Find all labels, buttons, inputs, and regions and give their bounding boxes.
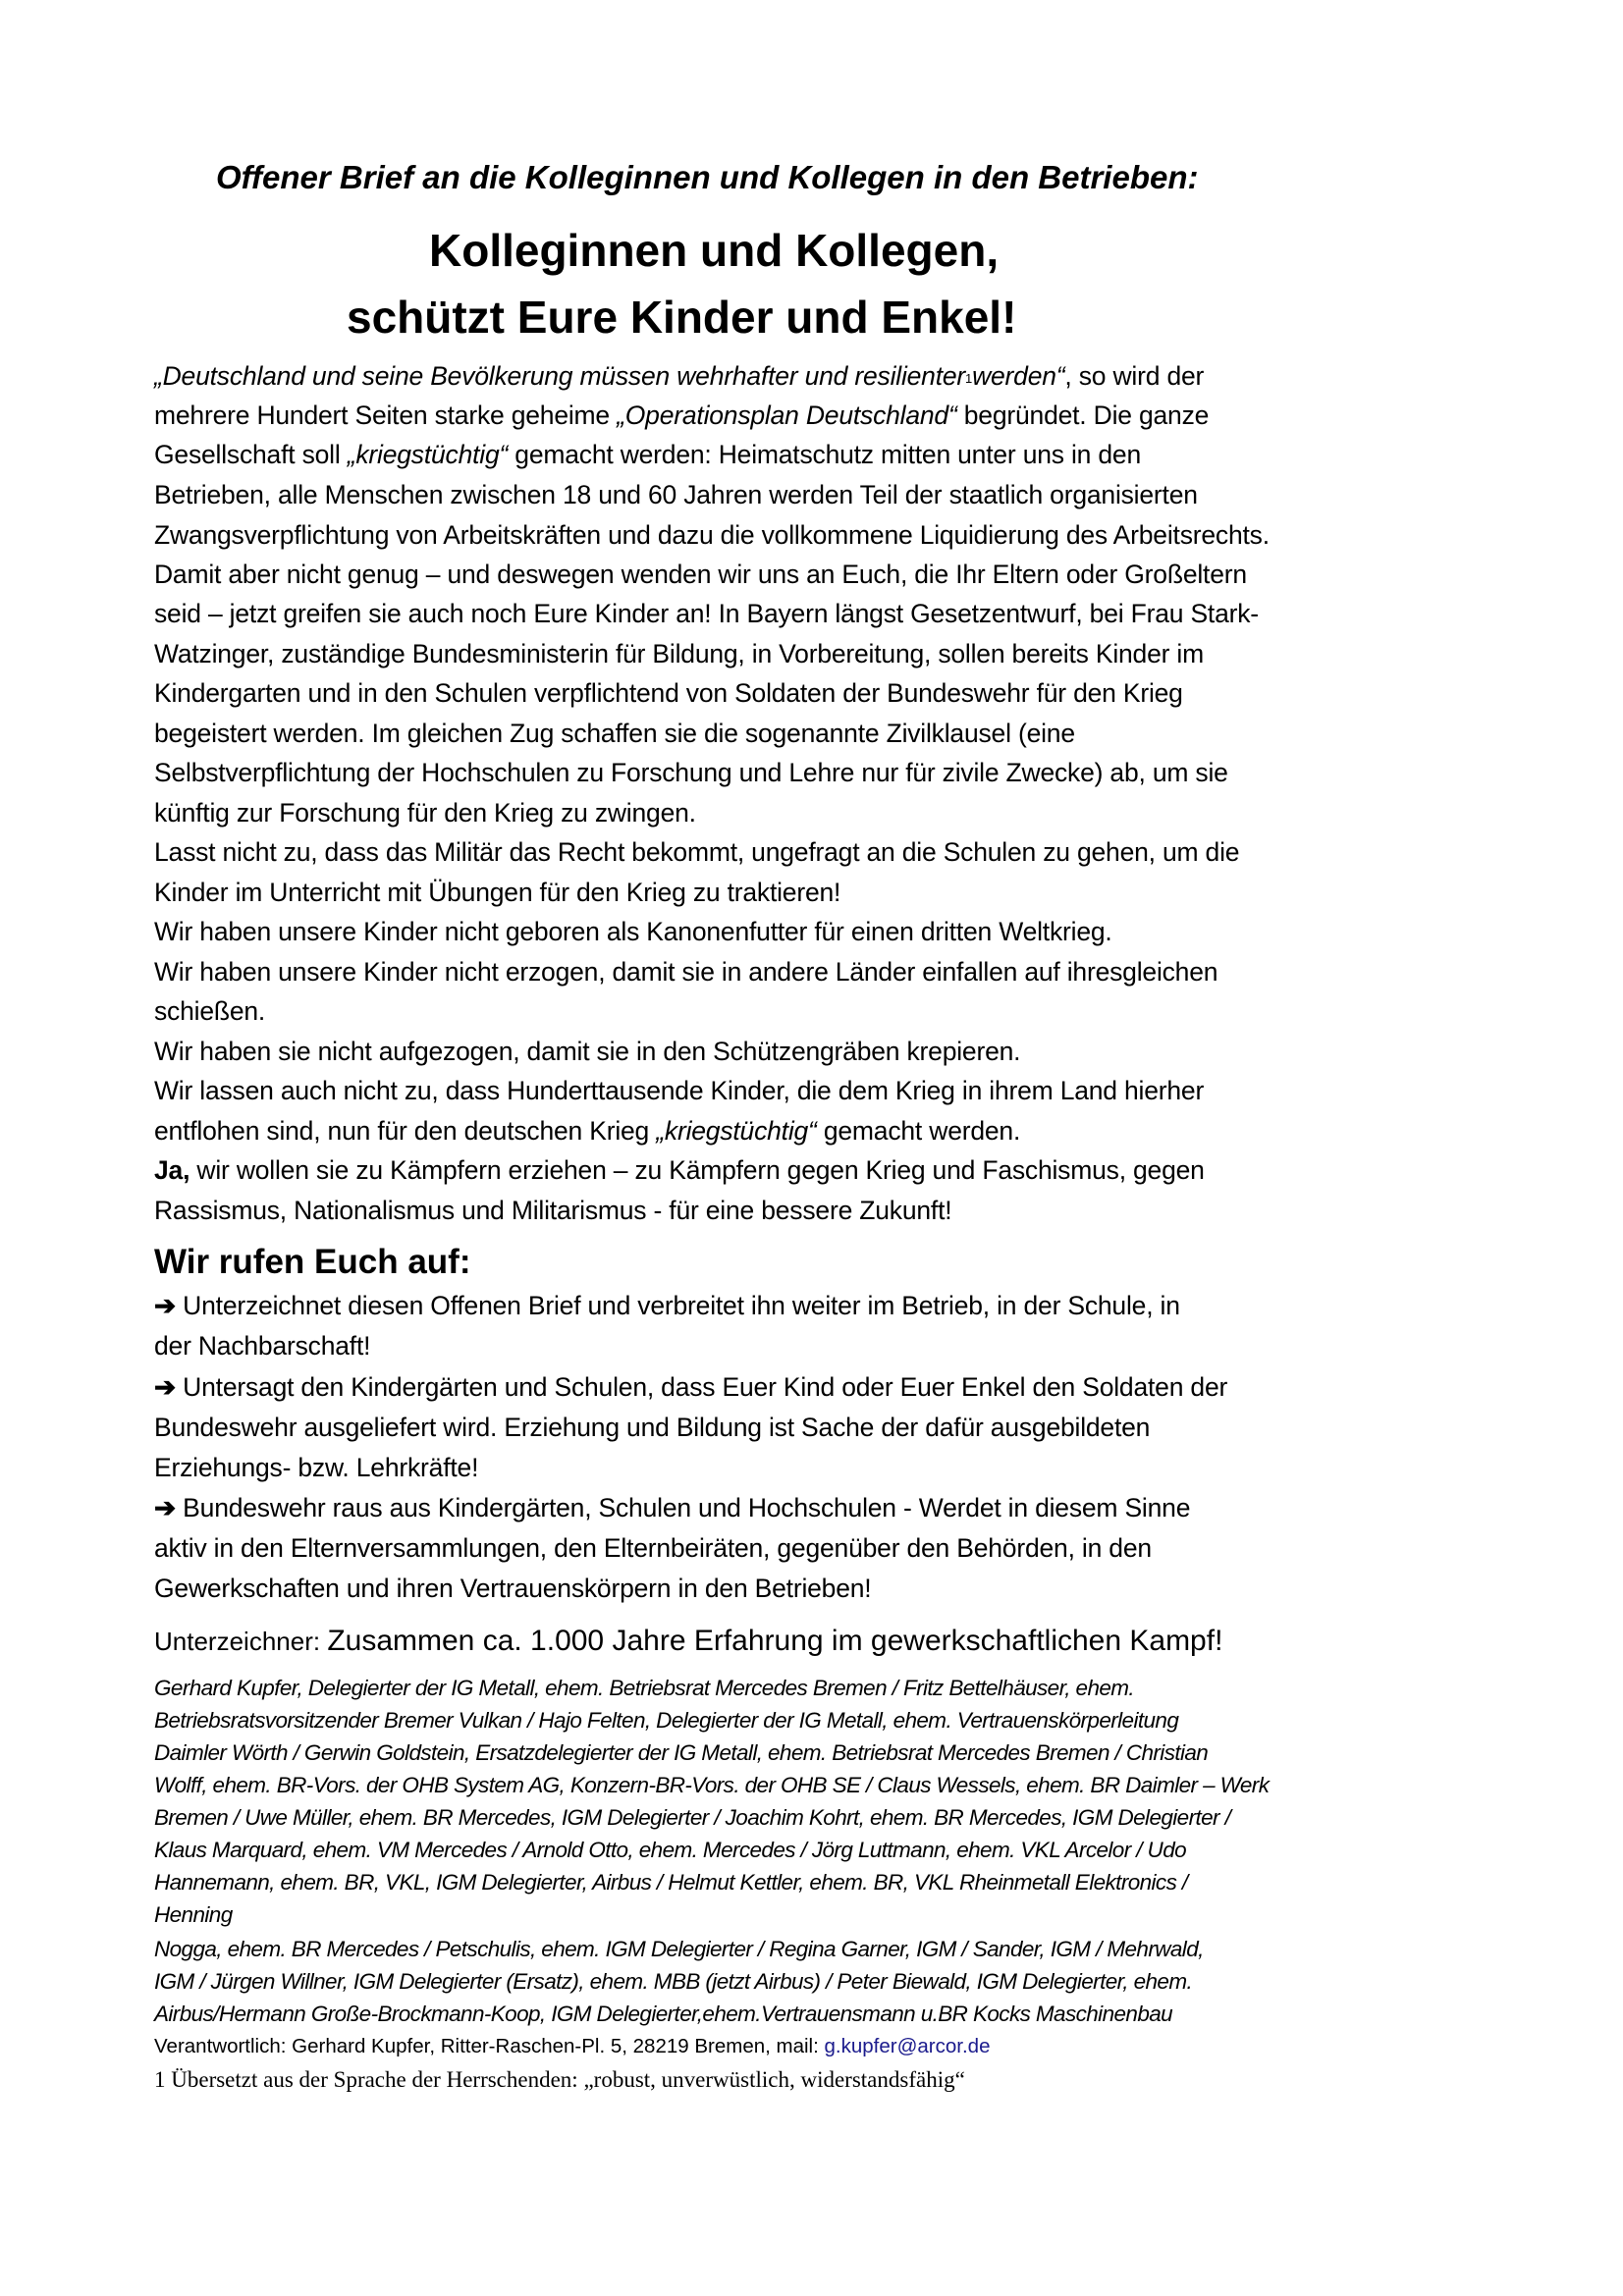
responsible-text: Verantwortlich: Gerhard Kupfer, Ritter-R… [154, 2035, 825, 2057]
quote-text: „Operationsplan Deutschland“ [617, 400, 956, 430]
demand-item: ➔ Bundeswehr raus aus Kindergärten, Schu… [154, 1492, 1190, 1523]
signatory-line: IGM / Jürgen Willner, IGM Delegierter (E… [154, 1969, 1192, 1995]
demand-line: Bundeswehr ausgeliefert wird. Erziehung … [154, 1412, 1150, 1443]
signatory-line: Klaus Marquard, ehem. VM Mercedes / Arno… [154, 1838, 1186, 1863]
body-line: Wir haben sie nicht aufgezogen, damit si… [154, 1036, 1020, 1067]
body-line: Zwangsverpflichtung von Arbeitskräften u… [154, 519, 1270, 551]
demand-item: ➔ Untersagt den Kindergärten und Schulen… [154, 1371, 1227, 1403]
body-line: Lasst nicht zu, dass das Militär das Rec… [154, 836, 1239, 868]
quote-text: „Deutschland und seine Bevölkerung müsse… [154, 361, 965, 391]
body-line: Watzinger, zuständige Bundesministerin f… [154, 638, 1204, 669]
quote-text: „kriegstüchtig“ [348, 440, 508, 469]
text: Gesellschaft soll [154, 440, 348, 469]
signatory-line: Betriebsratsvorsitzender Bremer Vulkan /… [154, 1708, 1178, 1734]
demand-line: Gewerkschaften und ihren Vertrauenskörpe… [154, 1573, 871, 1604]
footnote: 1 Übersetzt aus der Sprache der Herrsche… [154, 2067, 965, 2093]
email-link[interactable]: g.kupfer@arcor.de [825, 2035, 991, 2057]
text: begründet. Die ganze [957, 400, 1210, 430]
signatory-line: Gerhard Kupfer, Delegierter der IG Metal… [154, 1676, 1134, 1701]
arrow-right-icon: ➔ [154, 1291, 176, 1320]
body-line: Gesellschaft soll „kriegstüchtig“ gemach… [154, 439, 1141, 470]
text: Bundeswehr raus aus Kindergärten, Schule… [176, 1493, 1190, 1522]
signatory-line: Hannemann, ehem. BR, VKL, IGM Delegierte… [154, 1870, 1188, 1896]
body-line: Wir lassen auch nicht zu, dass Hundertta… [154, 1075, 1204, 1106]
body-line: begeistert werden. Im gleichen Zug schaf… [154, 718, 1075, 749]
signatories-tagline: Zusammen ca. 1.000 Jahre Erfahrung im ge… [327, 1625, 1222, 1657]
body-line: Rassismus, Nationalismus und Militarismu… [154, 1195, 951, 1226]
body-line: künftig zur Forschung für den Krieg zu z… [154, 797, 696, 828]
signatories-heading: Unterzeichner: Zusammen ca. 1.000 Jahre … [154, 1625, 1222, 1658]
body-line: Kinder im Unterricht mit Übungen für den… [154, 877, 840, 908]
footnote-ref: 1 [965, 371, 972, 386]
body-line: Wir haben unsere Kinder nicht geboren al… [154, 916, 1112, 947]
text: , so wird der [1064, 361, 1204, 391]
text: mehrere Hundert Seiten starke geheime [154, 400, 617, 430]
text: Unterzeichnet diesen Offenen Brief und v… [176, 1291, 1180, 1320]
demand-line: der Nachbarschaft! [154, 1330, 370, 1362]
text: Untersagt den Kindergärten und Schulen, … [176, 1372, 1227, 1402]
demand-line: aktiv in den Elternversammlungen, den El… [154, 1532, 1152, 1564]
text: gemacht werden. [817, 1116, 1020, 1146]
body-line: seid – jetzt greifen sie auch noch Eure … [154, 598, 1259, 629]
body-line: Damit aber nicht genug – und deswegen we… [154, 559, 1247, 590]
arrow-right-icon: ➔ [154, 1372, 176, 1402]
quote-text: werden“ [972, 361, 1064, 391]
responsible-line: Verantwortlich: Gerhard Kupfer, Ritter-R… [154, 2035, 990, 2058]
signatory-line: Wolff, ehem. BR-Vors. der OHB System AG,… [154, 1773, 1269, 1798]
body-line: schießen. [154, 995, 265, 1027]
body-line: Wir haben unsere Kinder nicht erzogen, d… [154, 956, 1217, 988]
signatory-line: Bremen / Uwe Müller, ehem. BR Mercedes, … [154, 1805, 1230, 1831]
signatories-label: Unterzeichner: [154, 1627, 327, 1656]
signatory-line: Airbus/Hermann Große-Brockmann-Koop, IGM… [154, 2002, 1172, 2027]
call-heading: Wir rufen Euch auf: [154, 1243, 470, 1282]
body-line: Ja, wir wollen sie zu Kämpfern erziehen … [154, 1154, 1205, 1186]
body-line: mehrere Hundert Seiten starke geheime „O… [154, 400, 1209, 431]
headline-line-2: schützt Eure Kinder und Enkel! [347, 291, 1016, 344]
headline-line-1: Kolleginnen und Kollegen, [429, 224, 999, 277]
demand-item: ➔ Unterzeichnet diesen Offenen Brief und… [154, 1290, 1180, 1321]
text: gemacht werden: Heimatschutz mitten unte… [508, 440, 1141, 469]
text: entflohen sind, nun für den deutschen Kr… [154, 1116, 656, 1146]
signatory-line: Nogga, ehem. BR Mercedes / Petschulis, e… [154, 1937, 1204, 1962]
demand-line: Erziehungs- bzw. Lehrkräfte! [154, 1452, 478, 1483]
signatory-line: Henning [154, 1902, 233, 1928]
body-line: „Deutschland und seine Bevölkerung müsse… [154, 360, 1204, 397]
body-line: Kindergarten und in den Schulen verpflic… [154, 677, 1183, 709]
arrow-right-icon: ➔ [154, 1493, 176, 1522]
quote-text: „kriegstüchtig“ [656, 1116, 816, 1146]
letter-kicker: Offener Brief an die Kolleginnen und Kol… [216, 159, 1199, 196]
bold-text: Ja, [154, 1155, 189, 1185]
body-line: entflohen sind, nun für den deutschen Kr… [154, 1115, 1020, 1147]
body-line: Selbstverpflichtung der Hochschulen zu F… [154, 757, 1228, 788]
text: wir wollen sie zu Kämpfern erziehen – zu… [189, 1155, 1204, 1185]
body-line: Betrieben, alle Menschen zwischen 18 und… [154, 479, 1198, 510]
document-page: Offener Brief an die Kolleginnen und Kol… [0, 0, 1623, 2296]
signatory-line: Daimler Wörth / Gerwin Goldstein, Ersatz… [154, 1740, 1208, 1766]
